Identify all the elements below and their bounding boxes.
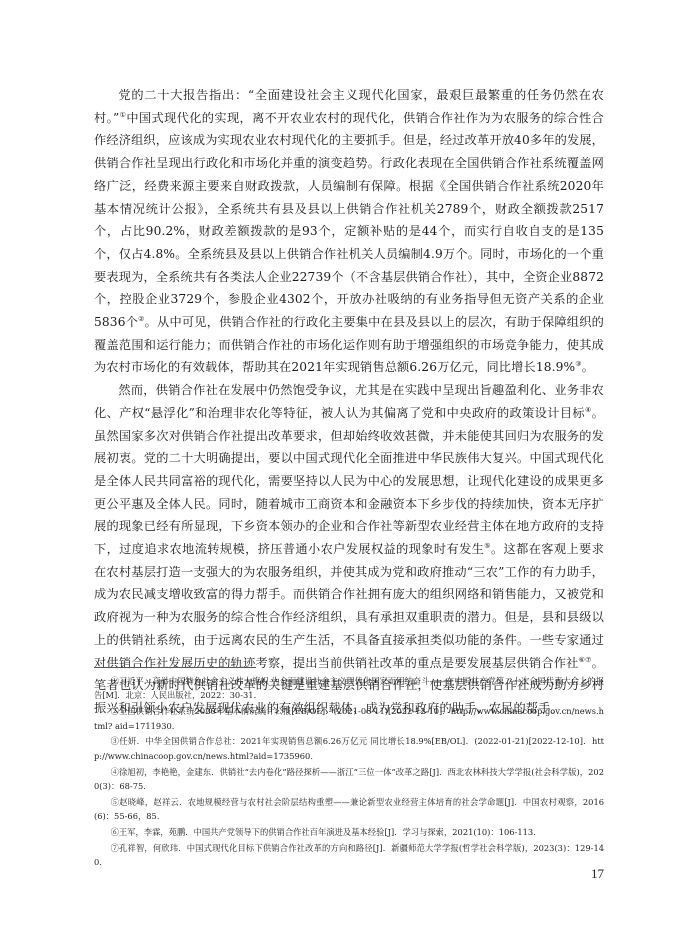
page-number: 17 <box>591 866 604 882</box>
footnote-4: ④徐旭初，李艳艳，金建东．供销社“去内卷化”路径探析——浙江“三位一体”改革之路… <box>94 765 604 794</box>
paragraph-1: 党的二十大报告指出：“全面建设社会主义现代化国家，最艰巨最繁重的任务仍然在农村。… <box>94 84 604 379</box>
footnote-ref-6-7[interactable]: ⑥⑦ <box>579 656 592 664</box>
footnote-7: ⑦孔祥智，何欣玮．中国式现代化目标下供销合作社改革的方向和路径[J]．新疆师范大… <box>94 841 604 870</box>
footnote-ref-5[interactable]: ⑤ <box>484 542 491 550</box>
footnote-divider <box>94 667 256 668</box>
text-segment: 。从中可见，供销合作社的行政化主要集中在县及县以上的层次，有助于保障组织的覆盖范… <box>94 315 604 374</box>
footnote-1: ①习近平．高举中国特色社会主义伟大旗帜 为全面建设社会主义现代化国家而团结奋斗—… <box>94 674 604 703</box>
paragraph-2: 然而，供销合作社在发展中仍然饱受争议，尤其是在实践中呈现出旨趣盈利化、业务非农化… <box>94 379 604 720</box>
text-segment: 然而，供销合作社在发展中仍然饱受争议，尤其是在实践中呈现出旨趣盈利化、业务非农化… <box>94 383 604 420</box>
text-segment: 中国式现代化的实现，离不开农业农村的现代化，供销合作社作为为农服务的综合性合作经… <box>94 111 604 329</box>
text-segment: 。 <box>582 360 594 374</box>
footnote-ref-4[interactable]: ④ <box>585 406 592 414</box>
text-segment: 。虽然国家多次对供销合作社提出改革要求，但却始终收效甚微，并未能使其回归为农服务… <box>94 406 604 556</box>
document-page: 党的二十大报告指出：“全面建设社会主义现代化国家，最艰巨最繁重的任务仍然在农村。… <box>0 0 700 943</box>
footnote-3: ③任妍．中华全国供销合作总社：2021年实现销售总额6.26万亿元 同比增长18… <box>94 734 604 763</box>
footnote-6: ⑥王军，李霖，苑鹏．中国共产党领导下的供销合作社百年演进及基本经验[J]．学习与… <box>94 825 604 839</box>
footnotes: ①习近平．高举中国特色社会主义伟大旗帜 为全面建设社会主义现代化国家而团结奋斗—… <box>94 674 604 871</box>
footnote-5: ⑤赵晓峰，赵祥云．农地规模经营与农村社会阶层结构重塑——兼论新型农业经营主体培育… <box>94 795 604 824</box>
footnote-2: ②全国供销合作社系统2020年基本情况统计公报[EB/OL]．(2021-06-… <box>94 704 604 733</box>
text-segment: 。这都在客观上要求在农村基层打造一支强大的为农服务组织，并使其成为党和政府推动“… <box>94 542 604 670</box>
body-text: 党的二十大报告指出：“全面建设社会主义现代化国家，最艰巨最繁重的任务仍然在农村。… <box>94 84 604 720</box>
